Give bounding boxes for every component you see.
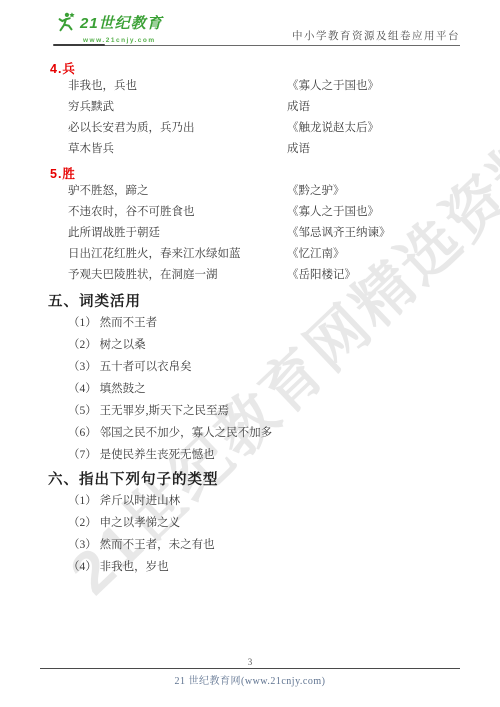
platform-tagline: 中小学教育资源及组卷应用平台 (292, 28, 460, 43)
document-body: 4.兵 非我也，兵也 《寡人之于国也》 穷兵黩武 成语 必以长安君为质，兵乃出 … (40, 56, 460, 578)
list-item: （6） 邻国之民不加少，寡人之民不加多 (68, 422, 460, 444)
source: 《寡人之于国也》 (287, 202, 460, 223)
source: 《寡人之于国也》 (287, 76, 460, 97)
section-heading-bing: 4.兵 (50, 62, 460, 76)
runner-logo-icon (55, 11, 77, 37)
footer-site-text: 21 世纪教育网(www.21cnjy.com) (40, 672, 460, 687)
list-item: （4） 填然鼓之 (68, 378, 460, 400)
section-heading-juxing: 六、指出下列句子的类型 (48, 470, 460, 490)
phrase: 必以长安君为质，兵乃出 (68, 118, 287, 139)
source: 《触龙说赵太后》 (287, 118, 460, 139)
phrase: 日出江花红胜火，春来江水绿如蓝 (68, 244, 287, 265)
phrase: 驴不胜怒，蹄之 (68, 181, 287, 202)
list-item: （5） 王无罪岁,斯天下之民至焉 (68, 400, 460, 422)
phrase: 非我也，兵也 (68, 76, 287, 97)
section-bing-rows: 非我也，兵也 《寡人之于国也》 穷兵黩武 成语 必以长安君为质，兵乃出 《触龙说… (68, 76, 460, 160)
list-item: （4） 非我也，岁也 (68, 556, 460, 578)
footer-divider (40, 668, 460, 669)
list-item: （7） 是使民养生丧死无憾也 (68, 444, 460, 466)
section-heading-huoyong: 五、词类活用 (48, 292, 460, 312)
source: 成语 (287, 97, 460, 118)
phrase: 不违农时，谷不可胜食也 (68, 202, 287, 223)
phrase: 草木皆兵 (68, 139, 287, 160)
section-heading-sheng: 5.胜 (50, 167, 460, 181)
document-page: 21世纪教育网精选资料 21世纪教育 www.21c (0, 0, 500, 707)
logo-underline (53, 44, 105, 46)
source: 成语 (287, 139, 460, 160)
source: 《忆江南》 (287, 244, 460, 265)
list-item: （3） 然而不王者，未之有也 (68, 534, 460, 556)
section-juxing-items: （1） 斧斤以时进山林 （2） 申之以孝悌之义 （3） 然而不王者，未之有也 （… (68, 490, 460, 578)
brand-text: 21世纪教育 (80, 16, 163, 31)
page-footer: 3 21 世纪教育网(www.21cnjy.com) (40, 657, 460, 687)
section-huoyong-items: （1） 然而不王者 （2） 树之以桑 （3） 五十者可以衣帛矣 （4） 填然鼓之… (68, 312, 460, 466)
source: 《岳阳楼记》 (287, 265, 460, 286)
list-item: （2） 树之以桑 (68, 334, 460, 356)
source: 《邹忌讽齐王纳谏》 (287, 223, 460, 244)
brand-logo: 21世纪教育 www.21cnjy.com (55, 11, 163, 45)
phrase: 穷兵黩武 (68, 97, 287, 118)
list-item: （1） 然而不王者 (68, 312, 460, 334)
list-item: （1） 斧斤以时进山林 (68, 490, 460, 512)
source: 《黔之驴》 (287, 181, 460, 202)
list-item: （3） 五十者可以衣帛矣 (68, 356, 460, 378)
phrase: 予观夫巴陵胜状，在洞庭一湖 (68, 265, 287, 286)
page-header: 21世纪教育 www.21cnjy.com 中小学教育资源及组卷应用平台 (55, 14, 460, 46)
page-number: 3 (40, 657, 460, 667)
phrase: 此所谓战胜于朝廷 (68, 223, 287, 244)
section-sheng-rows: 驴不胜怒，蹄之 《黔之驴》 不违农时，谷不可胜食也 《寡人之于国也》 此所谓战胜… (68, 181, 460, 286)
list-item: （2） 申之以孝悌之义 (68, 512, 460, 534)
